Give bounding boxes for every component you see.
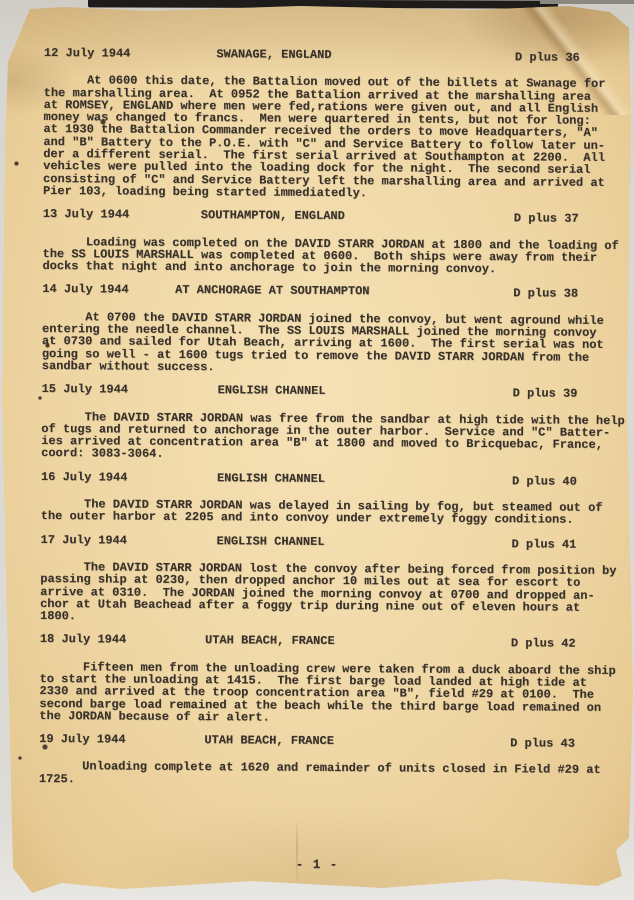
entry-dplus: D plus 43: [510, 737, 575, 750]
entry-date: 18 July 1944: [40, 632, 127, 647]
page-number: - 1 -: [0, 858, 634, 872]
entry-heading: 12 July 1944 SWANAGE, ENGLAND D plus 36: [44, 47, 634, 63]
entry-date: 16 July 1944: [41, 470, 128, 485]
entry-location: SOUTHAMPTON, ENGLAND: [201, 209, 345, 222]
journal-entry: 17 July 1944 ENGLISH CHANNEL D plus 41 T…: [40, 534, 634, 627]
entry-location: ENGLISH CHANNEL: [217, 472, 325, 485]
journal-entry: 18 July 1944 UTAH BEACH, FRANCE D plus 4…: [39, 633, 634, 726]
journal-entry: 14 July 1944 AT ANCHORAGE AT SOUTHAMPTON…: [42, 283, 634, 376]
binder-hole: [14, 161, 19, 166]
journal-entry: 12 July 1944 SWANAGE, ENGLAND D plus 36 …: [43, 47, 634, 201]
entry-body: At 0700 the DAVID STARR JORDAN joined th…: [42, 311, 634, 377]
entry-date: 14 July 1944: [42, 282, 129, 297]
journal-entry: 16 July 1944 ENGLISH CHANNEL D plus 40 T…: [41, 471, 634, 527]
entry-body: Fifteen men from the unloading crew were…: [39, 661, 634, 727]
entry-heading: 16 July 1944 ENGLISH CHANNEL D plus 40: [41, 471, 634, 487]
entry-heading: 17 July 1944 ENGLISH CHANNEL D plus 41: [41, 534, 634, 550]
entry-heading: 14 July 1944 AT ANCHORAGE AT SOUTHAMPTON…: [42, 283, 634, 299]
entry-body: Loading was completed on the DAVID STARR…: [42, 236, 634, 277]
entry-body: The DAVID STARR JORDAN was delayed in sa…: [41, 498, 634, 527]
entry-dplus: D plus 36: [515, 51, 580, 64]
entry-heading: 15 July 1944 ENGLISH CHANNEL D plus 39: [42, 383, 634, 399]
entry-dplus: D plus 37: [514, 213, 579, 226]
entry-body: Unloading complete at 1620 and remainder…: [39, 760, 634, 789]
entry-location: SWANAGE, ENGLAND: [216, 48, 331, 61]
entry-date: 12 July 1944: [44, 46, 131, 61]
entry-body: At 0600 this date, the Battalion moved o…: [43, 74, 634, 201]
entry-date: 17 July 1944: [41, 533, 128, 548]
entry-date: 15 July 1944: [42, 382, 129, 397]
entry-dplus: D plus 38: [513, 288, 578, 301]
paper-sheet: 12 July 1944 SWANAGE, ENGLAND D plus 36 …: [0, 0, 634, 900]
entry-dplus: D plus 41: [511, 538, 576, 551]
entry-dplus: D plus 42: [511, 638, 576, 651]
journal-entry: 15 July 1944 ENGLISH CHANNEL D plus 39 T…: [41, 383, 634, 464]
fold-crease-bottom: [296, 818, 298, 890]
entry-heading: 18 July 1944 UTAH BEACH, FRANCE D plus 4…: [40, 633, 634, 649]
entry-dplus: D plus 40: [512, 475, 577, 488]
entry-dplus: D plus 39: [513, 388, 578, 401]
entry-location: ENGLISH CHANNEL: [218, 384, 326, 397]
journal-entry: 19 July 1944 UTAH BEACH, FRANCE D plus 4…: [39, 733, 634, 789]
entry-body: The DAVID STARR JORDAN was free from the…: [41, 411, 634, 464]
entry-heading: 19 July 1944 UTAH BEACH, FRANCE D plus 4…: [39, 733, 634, 749]
entry-date: 13 July 1944: [43, 207, 130, 222]
entry-location: UTAH BEACH, FRANCE: [204, 734, 334, 747]
entry-heading: 13 July 1944 SOUTHAMPTON, ENGLAND D plus…: [43, 208, 634, 224]
entry-body: The DAVID STARR JORDAN lost the convoy a…: [40, 561, 634, 627]
entry-location: AT ANCHORAGE AT SOUTHAMPTON: [175, 284, 370, 298]
entry-location: UTAH BEACH, FRANCE: [205, 635, 335, 648]
scanner-strip-edge: [540, 0, 634, 4]
typed-text-block: 12 July 1944 SWANAGE, ENGLAND D plus 36 …: [39, 47, 634, 800]
binder-hole: [18, 756, 22, 760]
scanned-document: 12 July 1944 SWANAGE, ENGLAND D plus 36 …: [0, 0, 634, 900]
entry-location: ENGLISH CHANNEL: [216, 535, 324, 548]
entry-date: 19 July 1944: [39, 732, 126, 747]
journal-entry: 13 July 1944 SOUTHAMPTON, ENGLAND D plus…: [42, 208, 634, 276]
